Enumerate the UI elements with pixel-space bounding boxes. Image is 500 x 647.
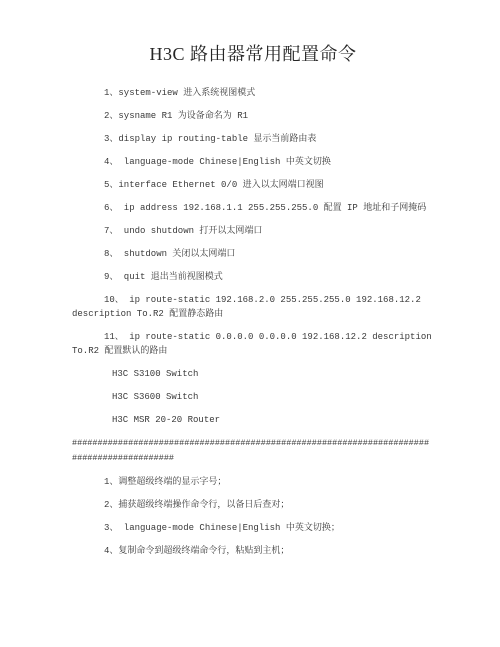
- command-item-7: 7、 undo shutdown 打开以太网端口: [72, 224, 434, 238]
- device-item-msr2020: H3C MSR 20-20 Router: [72, 413, 434, 427]
- command-item-10: 10、 ip route-static 192.168.2.0 255.255.…: [72, 293, 434, 321]
- command-item-3: 3、display ip routing-table 显示当前路由表: [72, 132, 434, 146]
- device-item-s3100: H3C S3100 Switch: [72, 367, 434, 381]
- terminal-note-3: 3、 language-mode Chinese|English 中英文切换；: [72, 521, 434, 535]
- command-item-6: 6、 ip address 192.168.1.1 255.255.255.0 …: [72, 201, 434, 215]
- hash-separator: ########################################…: [72, 436, 434, 466]
- command-item-9: 9、 quit 退出当前视图模式: [72, 270, 434, 284]
- document-page: H3C 路由器常用配置命令 1、system-view 进入系统视图模式 2、s…: [0, 0, 500, 647]
- device-item-s3600: H3C S3600 Switch: [72, 390, 434, 404]
- command-item-5: 5、interface Ethernet 0/0 进入以太网端口视图: [72, 178, 434, 192]
- command-item-1: 1、system-view 进入系统视图模式: [72, 86, 434, 100]
- page-title: H3C 路由器常用配置命令: [72, 41, 434, 67]
- terminal-note-4: 4、复制命令到超级终端命令行，粘贴到主机；: [72, 544, 434, 558]
- terminal-note-1: 1、调整超级终端的显示字号；: [72, 475, 434, 489]
- terminal-note-2: 2、捕获超级终端操作命令行，以备日后查对；: [72, 498, 434, 512]
- command-item-8: 8、 shutdown 关闭以太网端口: [72, 247, 434, 261]
- command-item-4: 4、 language-mode Chinese|English 中英文切换: [72, 155, 434, 169]
- command-item-2: 2、sysname R1 为设备命名为 R1: [72, 109, 434, 123]
- command-item-11: 11、 ip route-static 0.0.0.0 0.0.0.0 192.…: [72, 330, 434, 358]
